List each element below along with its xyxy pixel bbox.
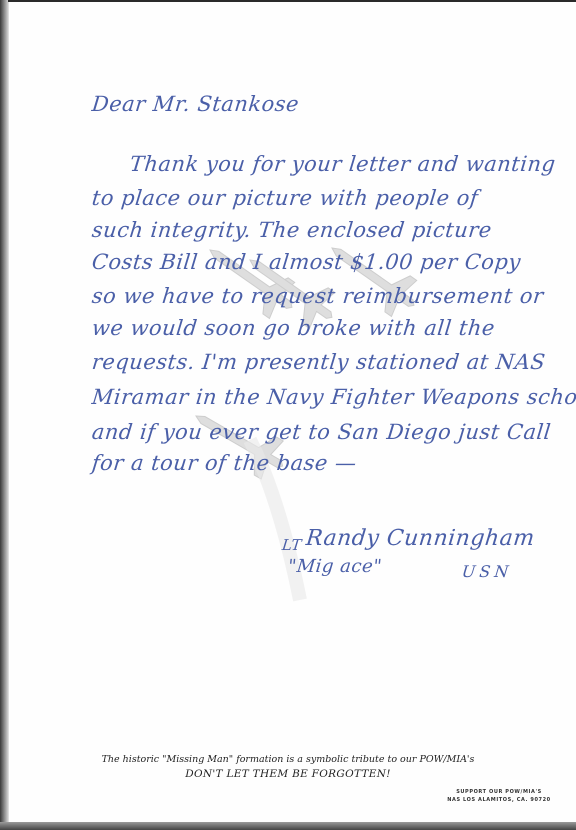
letter-line: Costs Bill and I almost $1.00 per Copy — [91, 250, 522, 274]
letter-line: Miramar in the Navy Fighter Weapons scho… — [91, 385, 576, 409]
signature-nickname: "Mig ace" — [287, 556, 383, 577]
signature-name: Randy Cunningham — [305, 526, 536, 551]
scan-edge-bottom — [0, 822, 576, 830]
letter-line: for a tour of the base — — [91, 451, 358, 475]
letter-page — [8, 2, 576, 822]
footer-slogan: DON'T LET THEM BE FORGOTTEN! — [0, 768, 576, 780]
footer-caption: The historic "Missing Man" formation is … — [0, 754, 576, 765]
scan-edge-left — [0, 0, 8, 830]
salutation: Dear Mr. Stankose — [91, 92, 301, 116]
letter-line: and if you ever get to San Diego just Ca… — [91, 420, 553, 444]
letter-line: requests. I'm presently stationed at NAS — [91, 350, 547, 374]
footer-address-line: NAS LOS ALAMITOS, CA. 90720 — [440, 797, 558, 803]
letter-line: Thank you for your letter and wanting — [129, 152, 557, 176]
signature-rank: LT — [281, 536, 303, 554]
letter-line: such integrity. The enclosed picture — [91, 218, 493, 242]
letter-line: to place our picture with people of — [91, 186, 480, 210]
signature-service: USN — [461, 562, 513, 581]
letter-line: we would soon go broke with all the — [91, 316, 496, 340]
footer-address-line: SUPPORT OUR POW/MIA'S — [440, 789, 558, 795]
letter-line: so we have to request reimbursement or — [91, 284, 545, 308]
